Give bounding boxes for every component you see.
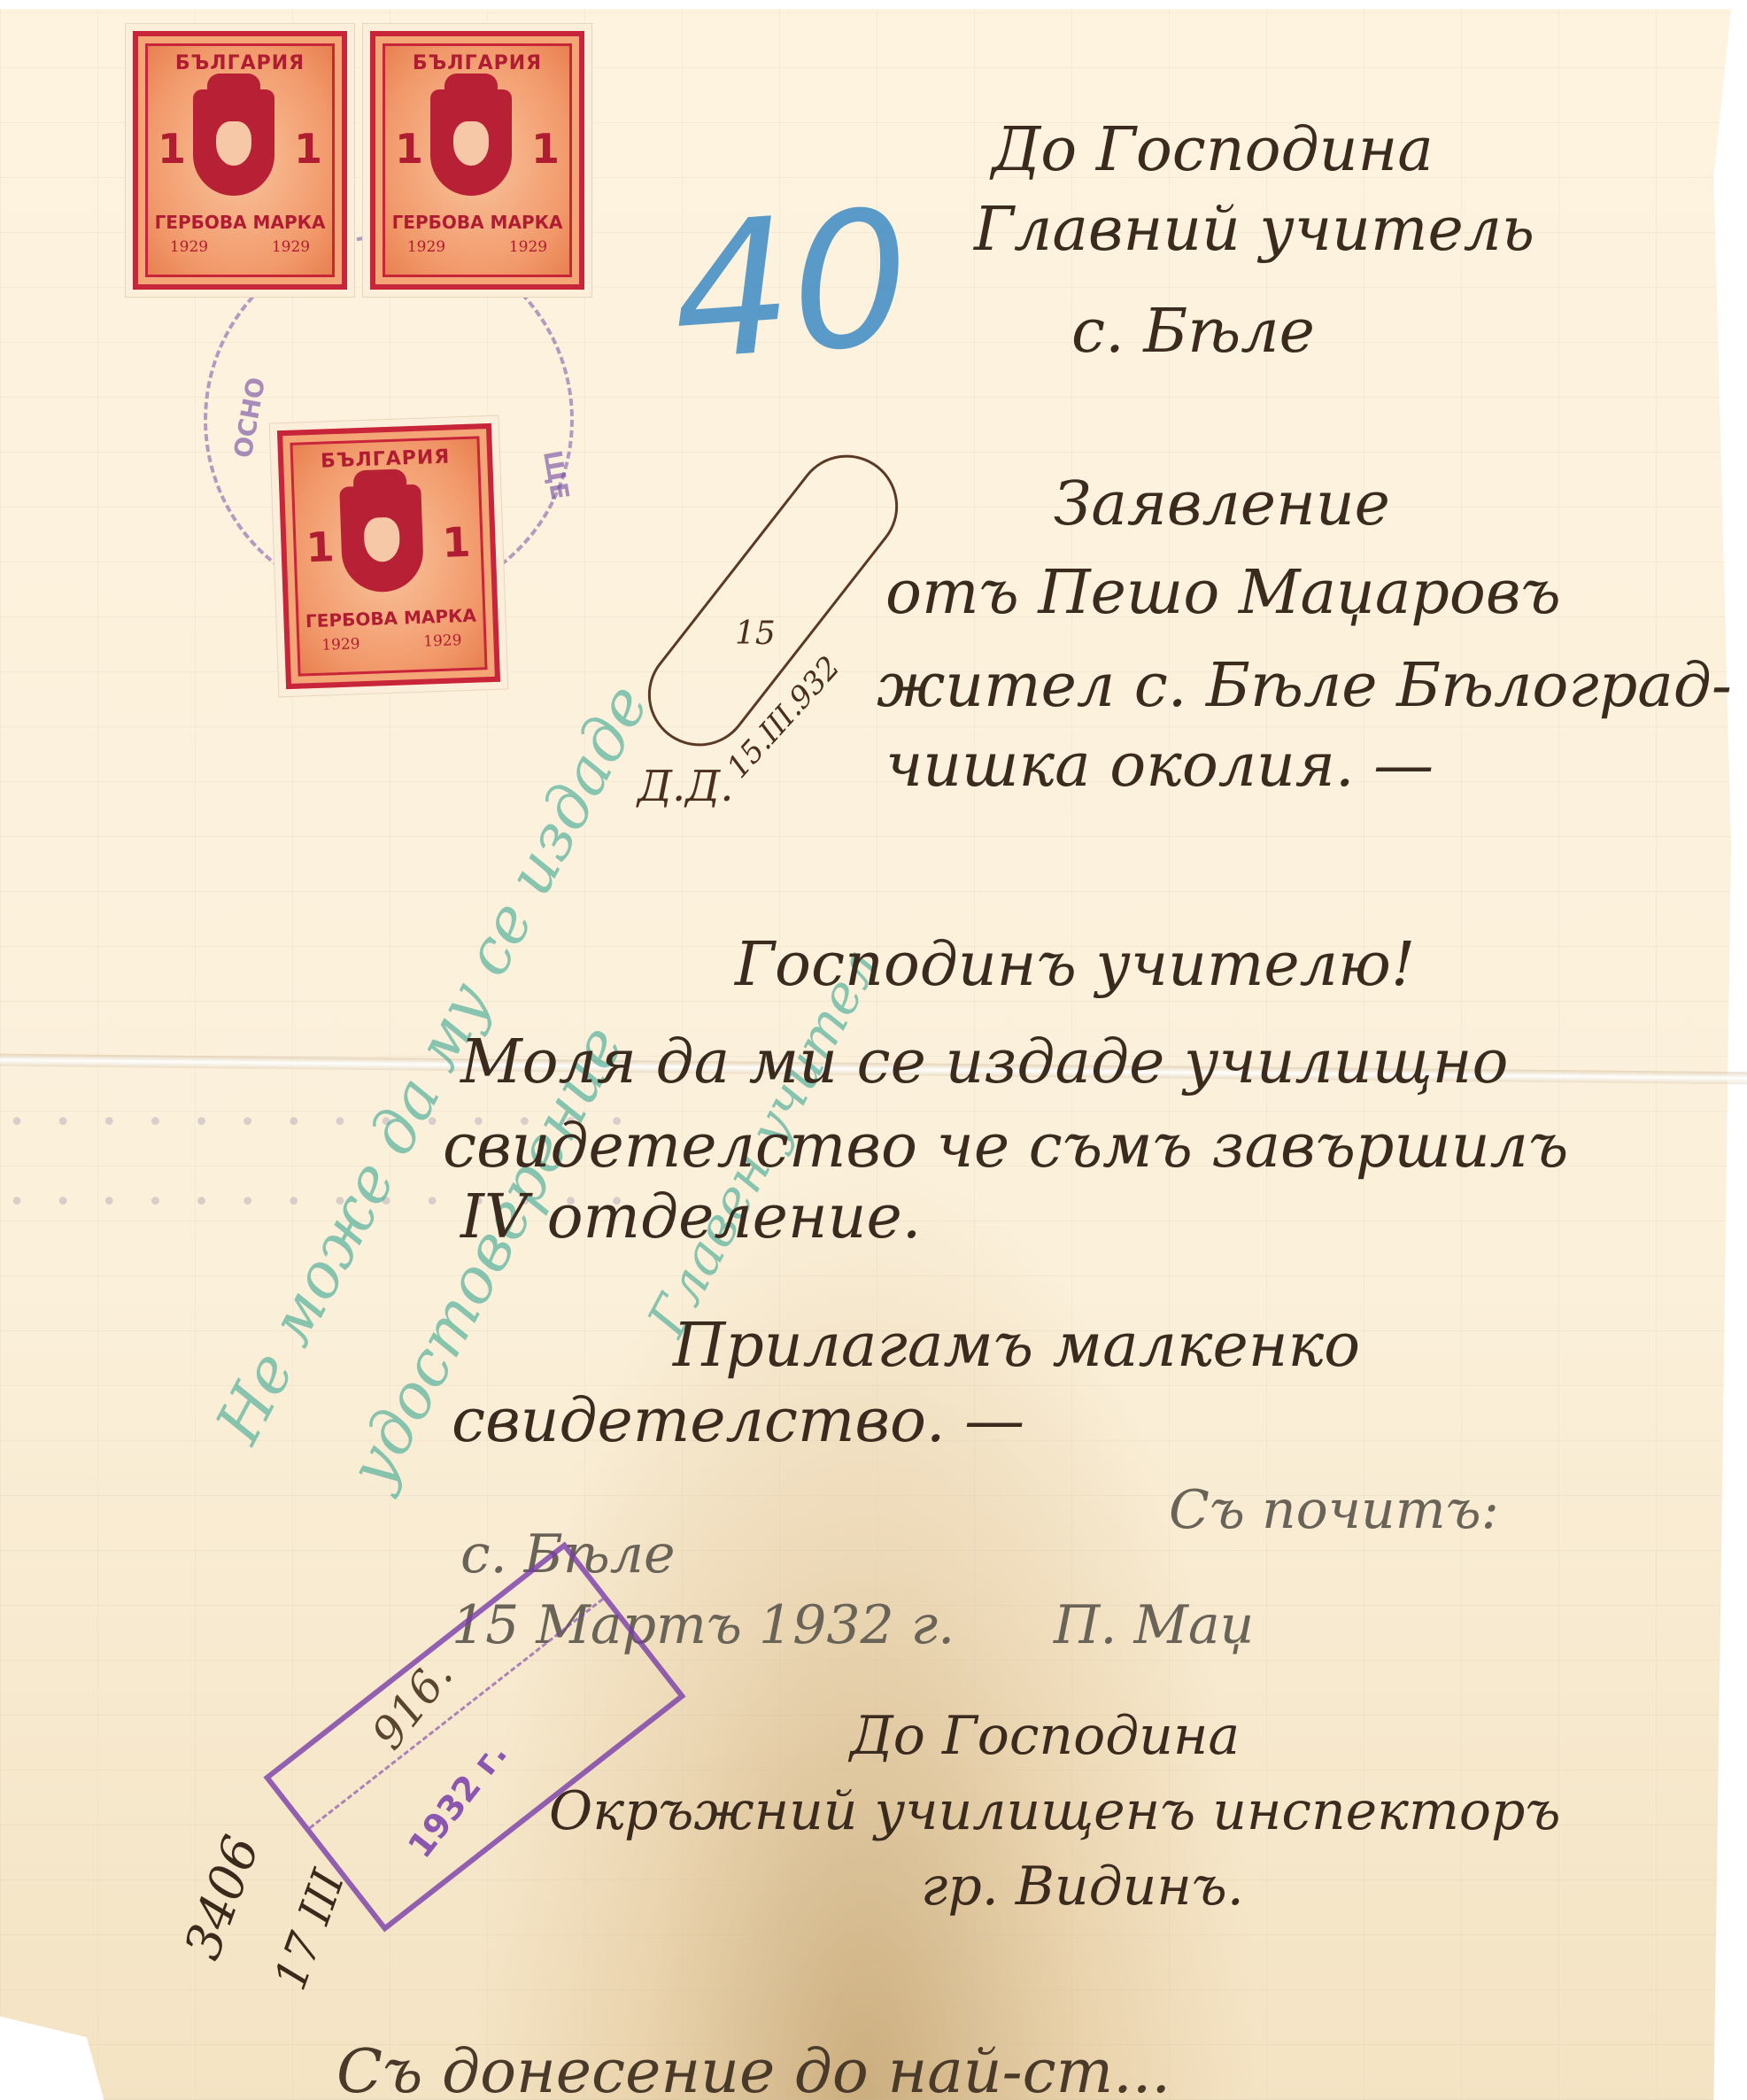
sender-line-3: чишка околия. — (885, 731, 1434, 801)
lion-shield-icon (193, 89, 274, 196)
document-title: Заявление (1054, 469, 1390, 539)
signature: П. Маџ (1054, 1594, 1254, 1656)
closing-regards: Съ почитъ: (1169, 1479, 1499, 1541)
revenue-stamp: БЪЛГАРИЯ 1 1 ГЕРБОВА МАРКА 19291929 (370, 31, 584, 290)
registration-number: 15 (735, 616, 776, 652)
body-line-2: свидетелство че съмъ завършилъ (443, 1112, 1568, 1182)
sender-line-1: отъ Пешо Маџаровъ (885, 558, 1561, 628)
body-line-1: Моля да ми се издаде училищно (460, 1027, 1508, 1097)
body-line-4: Прилагамъ малкенко (673, 1311, 1360, 1381)
blue-crayon-number: 40 (666, 169, 917, 402)
addressee-line-2: Главний учитель (974, 195, 1534, 265)
revenue-stamp: БЪЛГАРИЯ 1 1 ГЕРБОВА МАРКА 19291929 (277, 423, 500, 689)
lion-shield-icon (430, 89, 512, 196)
salutation: Господинъ учителю! (735, 930, 1415, 1000)
body-line-5: свидетелство. — (452, 1386, 1024, 1456)
registration-initials: Д.Д. (638, 762, 734, 811)
addressee-line-1: До Господина (992, 115, 1434, 185)
forward-line-2: Окръжний училищенъ инспекторъ (549, 1780, 1560, 1842)
footer-note: Съ донесение до най-ст... (336, 2037, 1171, 2100)
body-line-3: IV отделение. (460, 1182, 921, 1252)
lion-shield-icon (339, 484, 424, 593)
forward-line-1: До Господина (850, 1705, 1240, 1767)
forward-line-3: гр. Видинъ. (921, 1856, 1244, 1918)
sender-line-2: жител с. Бѣле Бѣлоград- (877, 651, 1732, 721)
addressee-line-3: с. Бѣле (1071, 297, 1315, 367)
revenue-stamp: БЪЛГАРИЯ 1 1 ГЕРБОВА МАРКА 19291929 (133, 31, 347, 290)
